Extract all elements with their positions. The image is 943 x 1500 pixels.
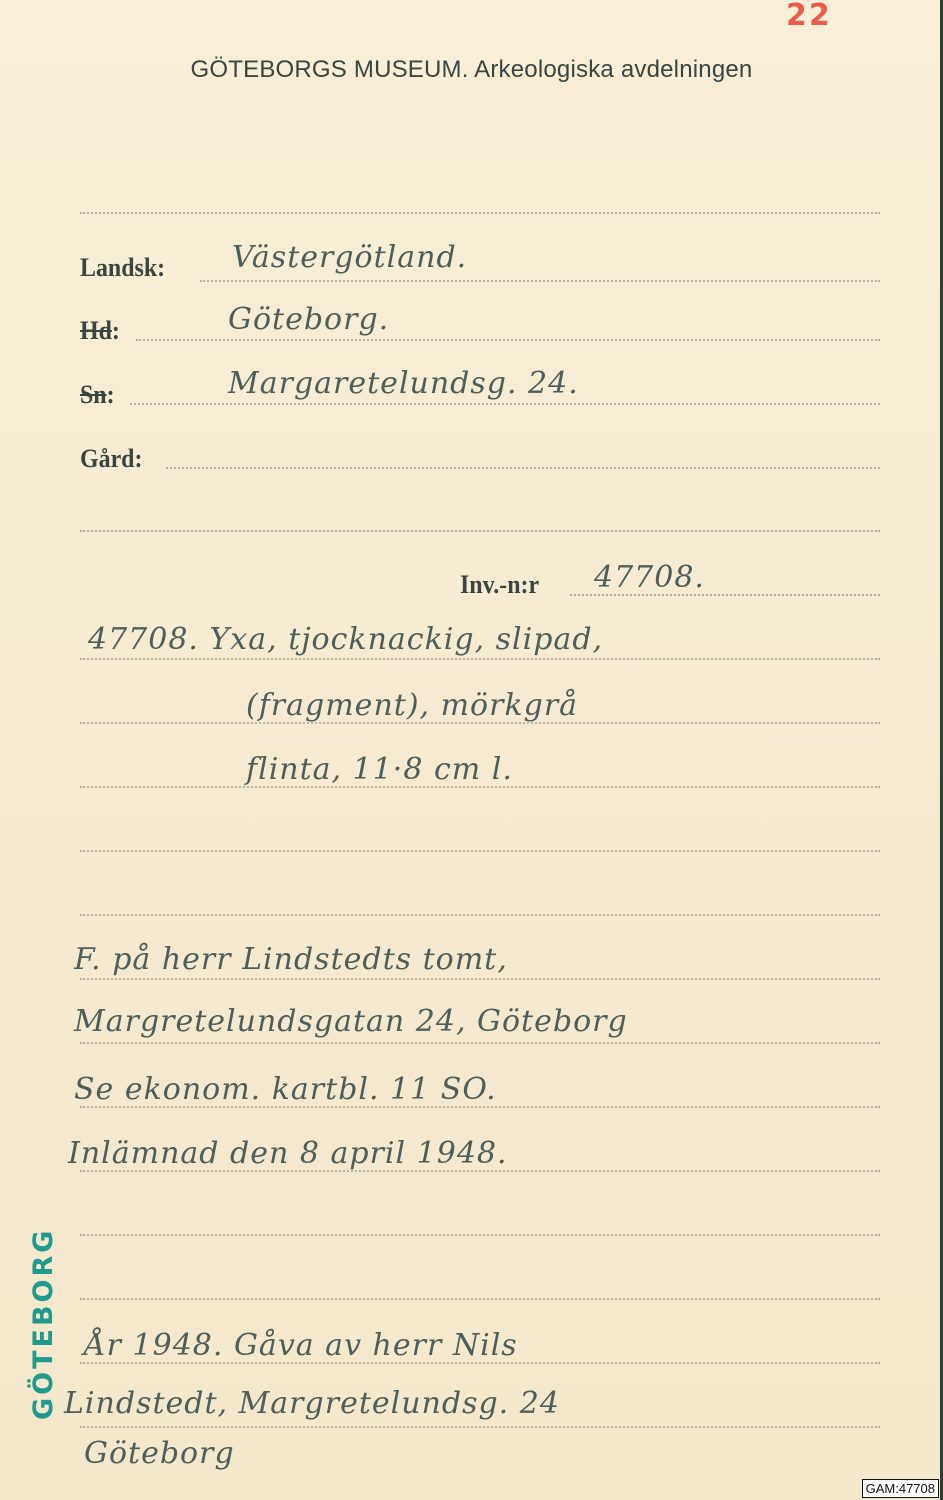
acquisition-line: År 1948. Gåva av herr Nils [84, 1328, 518, 1363]
rule-line [200, 280, 880, 282]
hd-label-colon: : [112, 316, 120, 345]
acquisition-line: Lindstedt, Margretelundsg. 24 [64, 1386, 560, 1421]
sn-label: Sn: [80, 380, 115, 410]
rule-line [130, 403, 880, 405]
rule-line [80, 850, 880, 852]
find-line: F. på herr Lindstedts tomt, [74, 942, 508, 977]
description-line: 47708. Yxa, tjocknackig, slipad, [88, 622, 603, 657]
rule-line [80, 1298, 880, 1300]
rule-line [80, 658, 880, 660]
landsk-value: Västergötland. [232, 240, 467, 275]
hd-label: Hd: [80, 316, 120, 346]
rule-line [80, 212, 880, 214]
rule-line [80, 1042, 880, 1044]
rule-line [166, 467, 880, 469]
rule-line [136, 339, 880, 341]
landsk-label: Landsk: [80, 253, 165, 283]
sn-label-colon: : [107, 380, 115, 409]
rule-line [80, 914, 880, 916]
find-line: Inlämnad den 8 april 1948. [68, 1136, 508, 1171]
catalog-id-label: GAM:47708 [862, 1479, 939, 1498]
gard-label: Gård: [80, 444, 142, 474]
sn-label-text: Sn [80, 380, 107, 409]
rule-line [80, 1234, 880, 1236]
find-line: Se ekonom. kartbl. 11 SO. [74, 1072, 497, 1107]
inventory-label: Inv.-n:r [460, 570, 539, 600]
inventory-value: 47708. [594, 560, 705, 595]
find-line: Margretelundsgatan 24, Göteborg [74, 1004, 628, 1039]
acquisition-line: Göteborg [84, 1436, 235, 1471]
rule-line [80, 530, 880, 532]
catalog-card: 22 GÖTEBORGS MUSEUM. Arkeologiska avdeln… [0, 0, 943, 1500]
rule-line [80, 1426, 880, 1428]
sn-value: Margaretelundsg. 24. [228, 366, 579, 401]
page-number: 22 [786, 0, 832, 33]
rule-line [80, 978, 880, 980]
description-line: (fragment), mörkgrå [246, 688, 578, 723]
goteborg-stamp: GÖTEBORG [28, 1228, 59, 1420]
hd-label-text: Hd [80, 316, 112, 345]
description-line: flinta, 11·8 cm l. [246, 752, 513, 787]
hd-value: Göteborg. [228, 302, 389, 337]
museum-header: GÖTEBORGS MUSEUM. Arkeologiska avdelning… [0, 56, 943, 84]
